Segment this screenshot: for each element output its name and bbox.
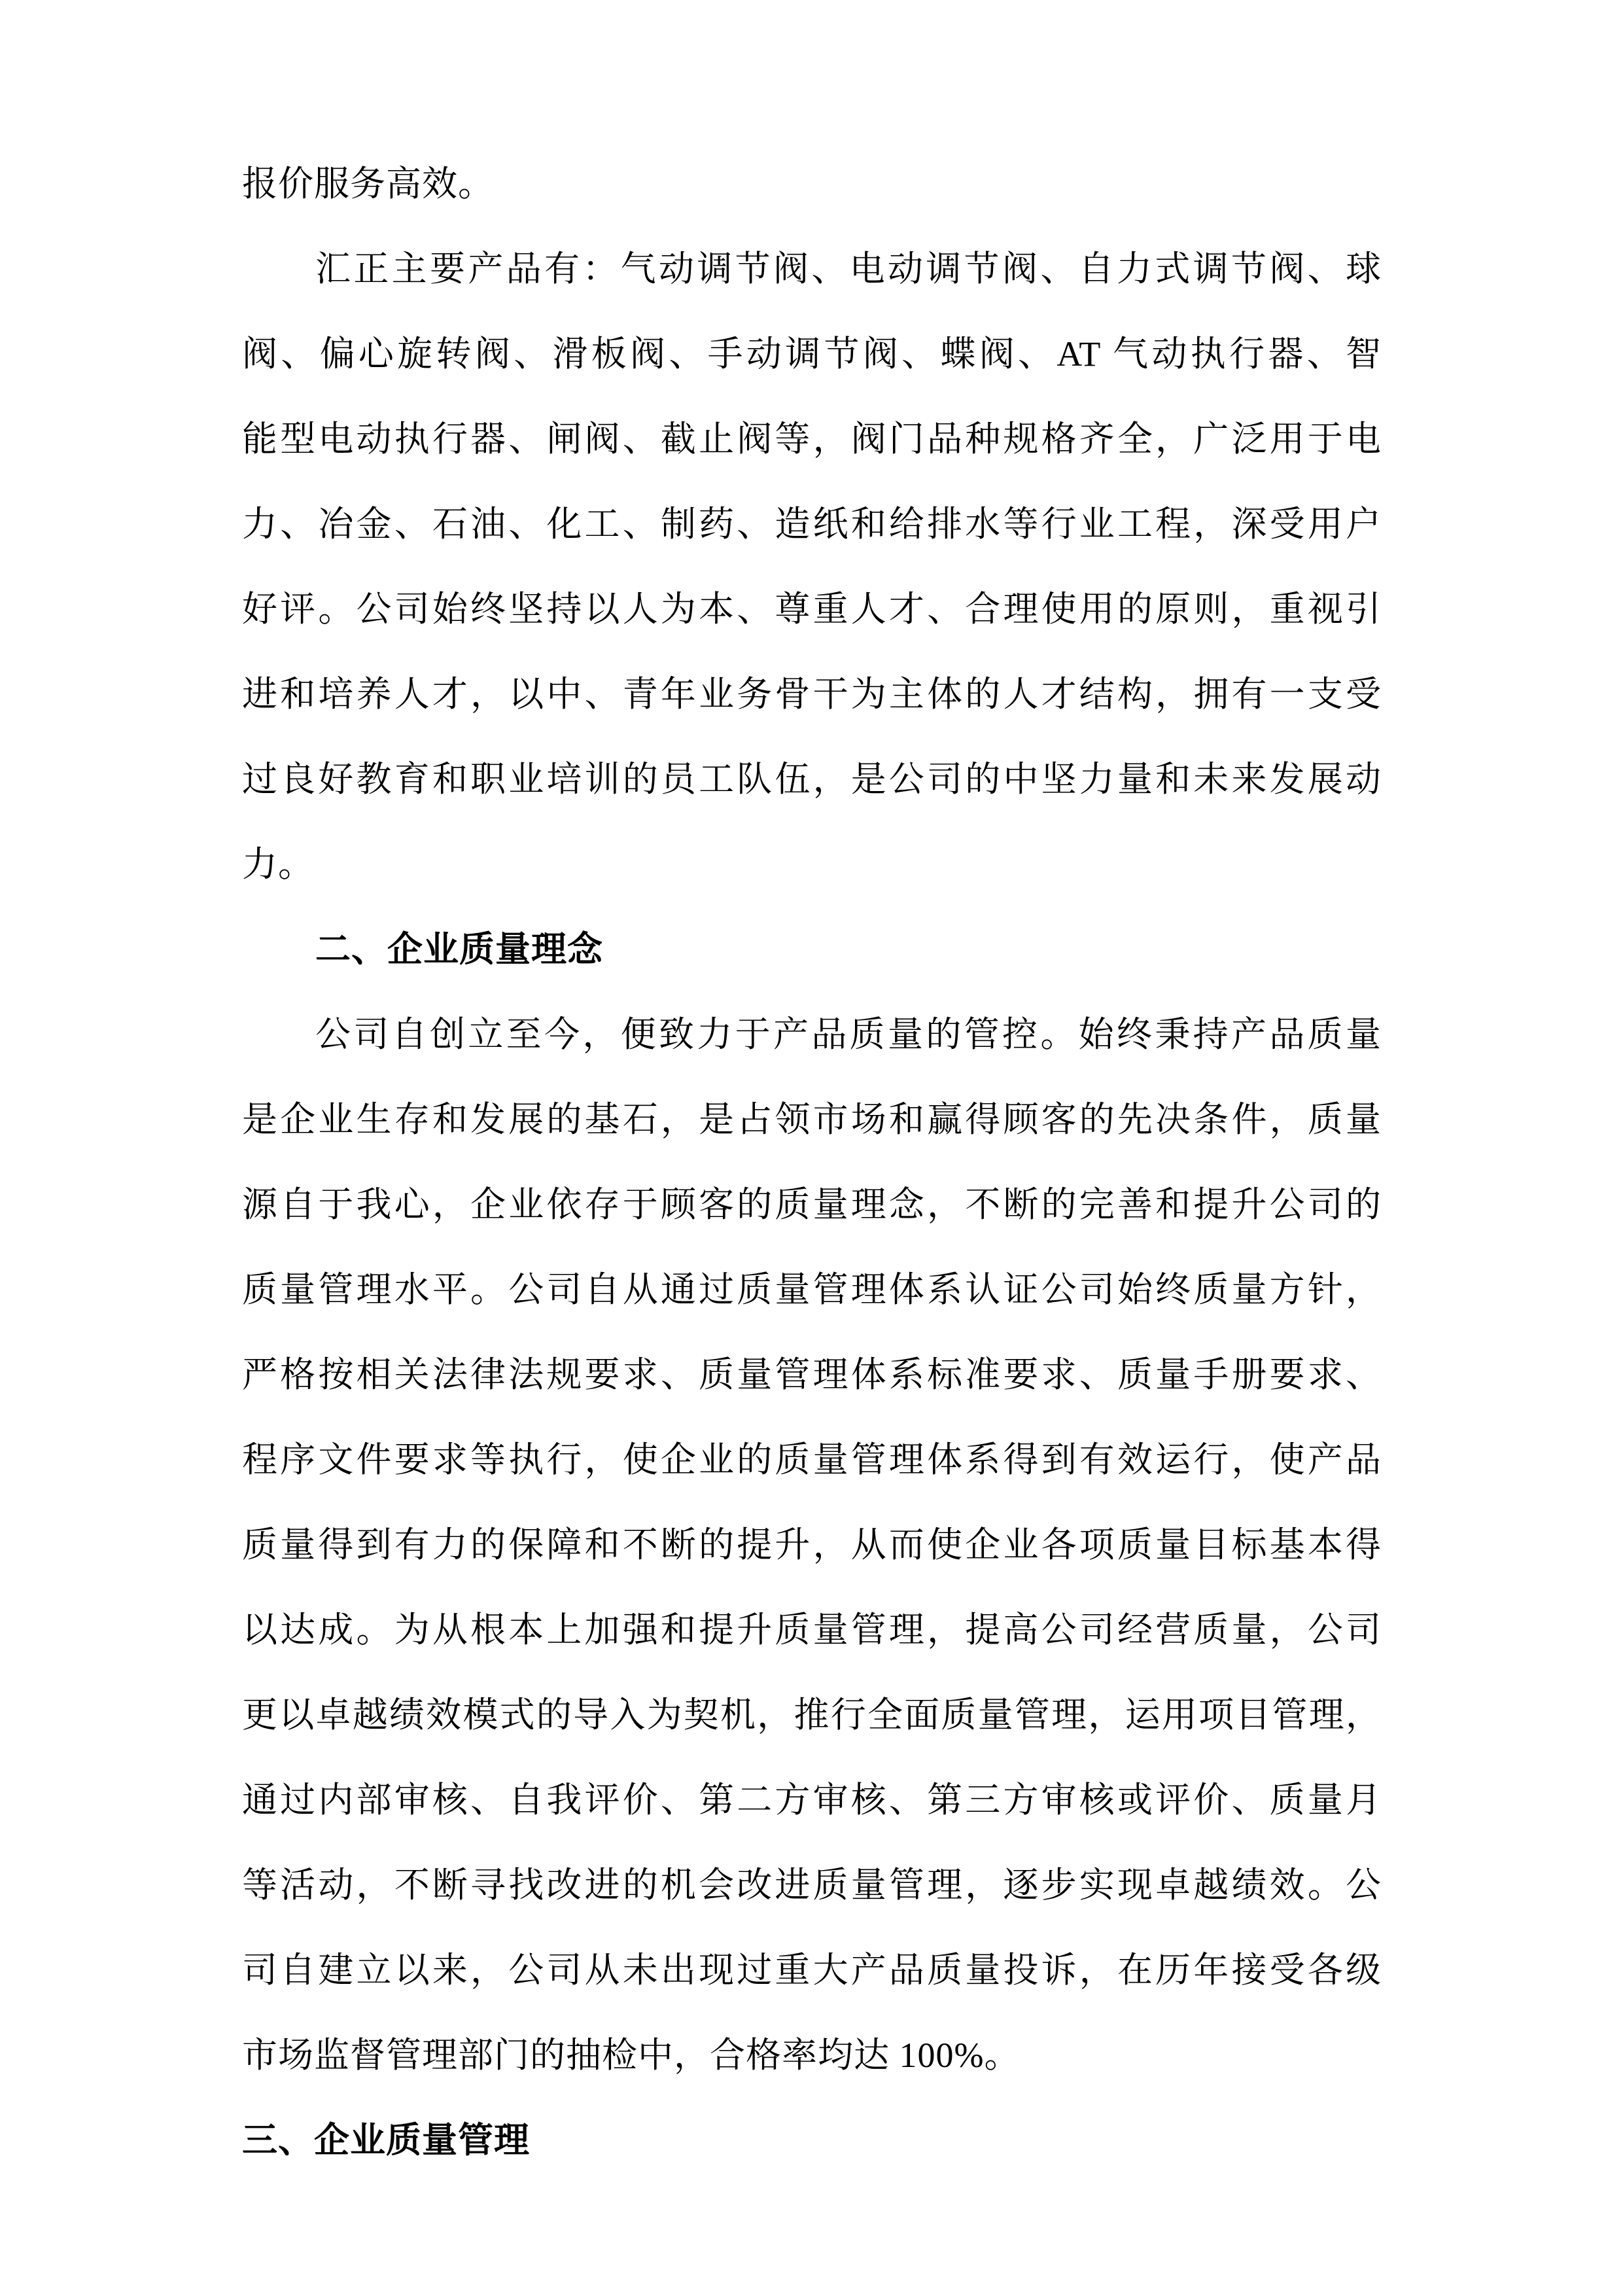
text-line: 能型电动执行器、闸阀、截止阀等，阀门品种规格齐全，广泛用于电 bbox=[242, 397, 1382, 482]
text-line: 二、企业质量理念 bbox=[242, 907, 1382, 992]
paragraph: 报价服务高效。 bbox=[242, 141, 1382, 226]
section-heading: 二、企业质量理念 bbox=[242, 907, 1382, 992]
text-line: 好评。公司始终坚持以人为本、尊重人才、合理使用的原则，重视引 bbox=[242, 567, 1382, 652]
text-line: 公司自创立至今，便致力于产品质量的管控。始终秉持产品质量 bbox=[242, 992, 1382, 1077]
text-line: 过良好教育和职业培训的员工队伍，是公司的中坚力量和未来发展动 bbox=[242, 737, 1382, 822]
text-line: 通过内部审核、自我评价、第二方审核、第三方审核或评价、质量月 bbox=[242, 1757, 1382, 1843]
text-line: 三、企业质量管理 bbox=[242, 2098, 1382, 2183]
text-line: 程序文件要求等执行，使企业的质量管理体系得到有效运行，使产品 bbox=[242, 1417, 1382, 1502]
text-line: 是企业生存和发展的基石，是占领市场和赢得顾客的先决条件，质量 bbox=[242, 1077, 1382, 1162]
text-line: 严格按相关法律法规要求、质量管理体系标准要求、质量手册要求、 bbox=[242, 1332, 1382, 1417]
document-page: 报价服务高效。汇正主要产品有：气动调节阀、电动调节阀、自力式调节阀、球阀、偏心旋… bbox=[0, 0, 1623, 2296]
text-line: 质量管理水平。公司自从通过质量管理体系认证公司始终质量方针， bbox=[242, 1247, 1382, 1332]
text-line: 报价服务高效。 bbox=[242, 141, 1382, 226]
text-line: 源自于我心，企业依存于顾客的质量理念，不断的完善和提升公司的 bbox=[242, 1162, 1382, 1247]
text-line: 等活动，不断寻找改进的机会改进质量管理，逐步实现卓越绩效。公 bbox=[242, 1843, 1382, 1928]
text-line: 力、冶金、石油、化工、制药、造纸和给排水等行业工程，深受用户 bbox=[242, 482, 1382, 567]
text-line: 汇正主要产品有：气动调节阀、电动调节阀、自力式调节阀、球 bbox=[242, 226, 1382, 311]
section-heading: 三、企业质量管理 bbox=[242, 2098, 1382, 2183]
text-line: 更以卓越绩效模式的导入为契机，推行全面质量管理，运用项目管理， bbox=[242, 1672, 1382, 1757]
paragraph: 公司自创立至今，便致力于产品质量的管控。始终秉持产品质量是企业生存和发展的基石，… bbox=[242, 992, 1382, 2098]
text-line: 进和培养人才，以中、青年业务骨干为主体的人才结构，拥有一支受 bbox=[242, 652, 1382, 737]
text-line: 阀、偏心旋转阀、滑板阀、手动调节阀、蝶阀、AT 气动执行器、智 bbox=[242, 311, 1382, 397]
text-line: 市场监督管理部门的抽检中，合格率均达 100%。 bbox=[242, 2013, 1382, 2098]
paragraph: 汇正主要产品有：气动调节阀、电动调节阀、自力式调节阀、球阀、偏心旋转阀、滑板阀、… bbox=[242, 226, 1382, 907]
text-line: 力。 bbox=[242, 822, 1382, 907]
document-content: 报价服务高效。汇正主要产品有：气动调节阀、电动调节阀、自力式调节阀、球阀、偏心旋… bbox=[242, 141, 1382, 2183]
text-line: 司自建立以来，公司从未出现过重大产品质量投诉，在历年接受各级 bbox=[242, 1928, 1382, 2013]
text-line: 质量得到有力的保障和不断的提升，从而使企业各项质量目标基本得 bbox=[242, 1502, 1382, 1587]
text-line: 以达成。为从根本上加强和提升质量管理，提高公司经营质量，公司 bbox=[242, 1587, 1382, 1672]
